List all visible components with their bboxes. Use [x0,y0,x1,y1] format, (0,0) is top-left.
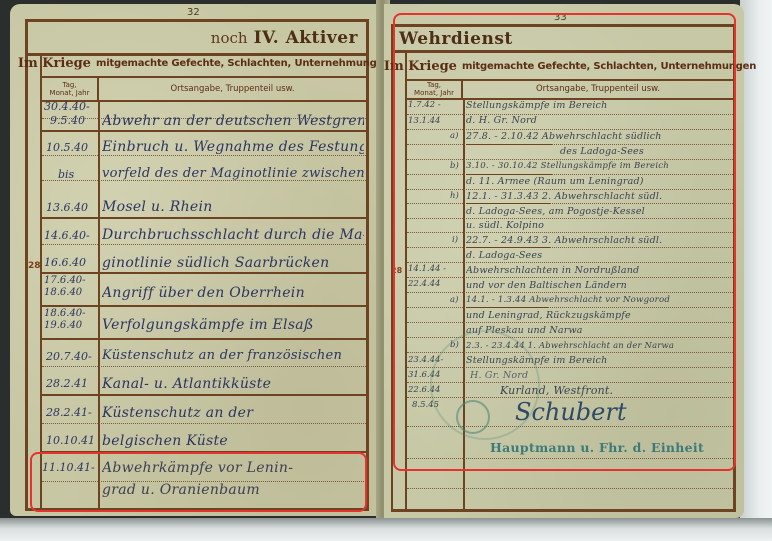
left-row-text: Mosel u. Rhein [102,199,364,215]
left-margin-line [40,56,42,511]
row-divider [407,488,733,489]
left-row-date: 28.2.41 [46,377,88,390]
right-highlight-box [393,13,736,471]
row-divider [42,155,366,156]
left-col-date-header: Tag, Monat, Jahr [42,78,99,100]
left-row-date: 14.6.40- [44,229,90,242]
left-row-date: 17.6.40- 18.6.40 [44,275,98,299]
left-row-date: 10.10.41 [46,434,95,447]
left-col-date-line1: Tag, [62,81,76,89]
left-row-date: 13.6.40 [46,201,88,214]
left-row-date: 9.5.40 [50,114,85,127]
left-row-date: 16.6.40 [44,256,86,269]
left-row-text: vorfeld des der Maginotlinie zwischen [102,166,364,181]
row-divider [42,305,366,307]
left-column-header: Tag, Monat, Jahr Ortsangabe, Truppenteil… [42,78,366,102]
left-row-text: Durchbruchsschlacht durch die Ma- [102,227,364,243]
left-page-number: 32 [187,7,200,18]
left-row-text: Abwehr an der deutschen Westgrenze [102,113,364,129]
left-row-date: bis [58,168,74,181]
left-row-text: Einbruch u. Wegnahme des Festungs- [102,139,364,155]
left-row-text: Küstenschutz an der französischen [102,348,364,363]
background-bottom [0,518,772,541]
left-row-date: 10.5.40 [46,141,88,154]
row-divider [42,423,366,424]
left-margin-mark: 28 [28,261,41,271]
left-row-text: belgischen Küste [102,433,364,449]
row-divider [42,394,366,396]
left-section-heading: Im Kriege mitgemachte Gefechte, Schlacht… [42,50,366,78]
left-row-text: Verfolgungskämpfe im Elsaß [102,317,364,333]
left-row-date: 28.2.41- [46,406,92,419]
row-divider [42,130,366,132]
left-row-text: Küstenschutz an der [102,405,364,421]
left-row-date: 18.6.40- 19.6.40 [44,308,98,332]
left-col-date-line2: Monat, Jahr [50,89,90,97]
row-divider [42,244,366,245]
left-col-place-header: Ortsangabe, Truppenteil usw. [99,78,366,100]
left-row-date: 20.7.40- [46,350,92,363]
row-divider [42,338,366,340]
left-row-text: Angriff über den Oberrhein [102,285,364,301]
left-title-prefix: noch [211,29,248,47]
row-divider [42,272,366,274]
left-section-heading-bold: Im Kriege [18,56,91,71]
background-right [740,0,772,541]
left-row-date: 30.4.40- [44,100,90,113]
row-divider [42,366,366,367]
left-section-heading-rest: mitgemachte Gefechte, Schlachten, Untern… [96,58,390,69]
left-page-title: IV. Aktiver [254,28,358,48]
left-row-text: Kanal- u. Atlantikküste [102,376,364,392]
left-row-text: ginotlinie südlich Saarbrücken [102,255,364,271]
row-divider [42,217,366,219]
left-highlight-box [30,452,367,512]
